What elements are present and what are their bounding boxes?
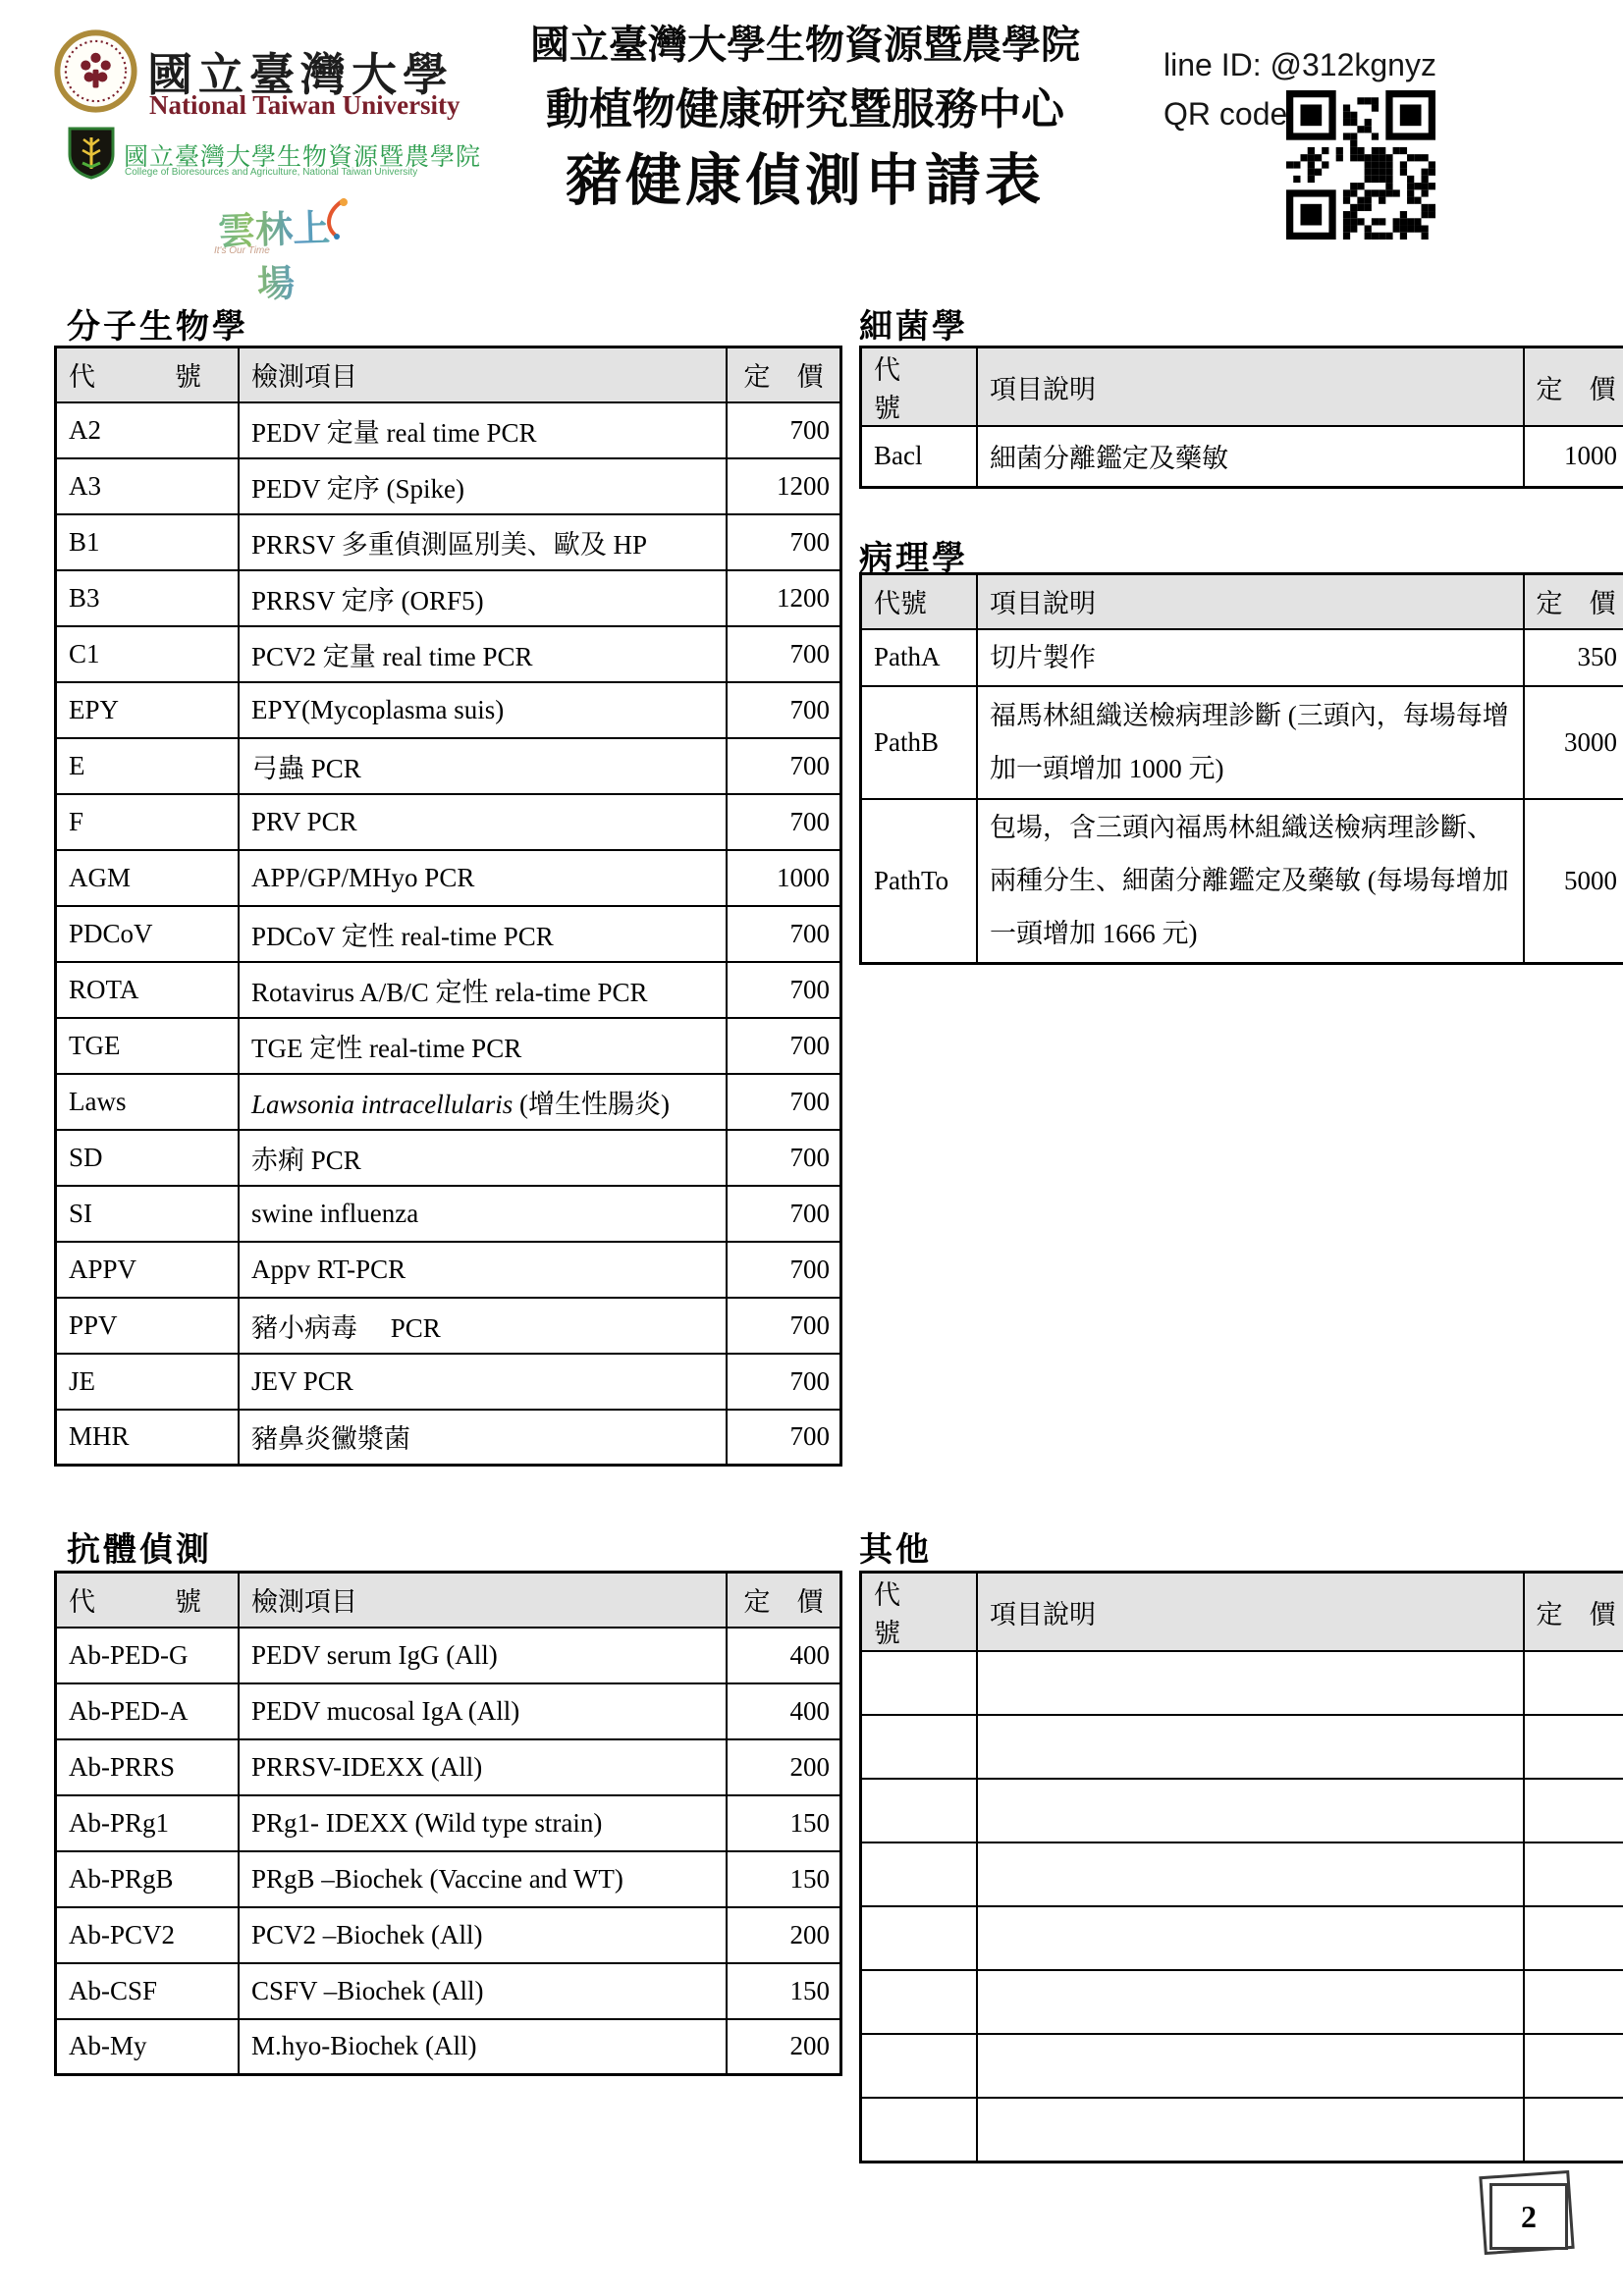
item-cell: swine influenza [239,1186,727,1242]
price-cell: 150 [727,1851,841,1907]
header-row: 代 號項目說明定 價 [861,347,1623,427]
table-row: Ab-PRg1PRg1- IDEXX (Wild type strain)150 [56,1795,841,1851]
column-header: 代 號 [861,1573,978,1652]
price-cell [1524,1906,1623,1970]
item-cell: 豬小病毒 PCR [239,1298,727,1354]
code-cell: B3 [56,570,240,626]
table-row [861,2098,1623,2162]
price-cell: 700 [727,402,841,458]
ntu-seal-icon [54,29,137,113]
table-row: B3PRRSV 定序 (ORF5)1200 [56,570,841,626]
header-row: 代 號檢測項目定 價 [56,347,841,402]
header-row: 代號項目說明定 價 [861,574,1623,629]
price-cell [1524,1779,1623,1842]
code-cell: PathB [861,686,978,799]
item-cell: Appv RT-PCR [239,1242,727,1298]
table-row [861,1970,1623,2034]
item-cell [977,1842,1524,1906]
code-cell: E [56,738,240,794]
code-cell: C1 [56,626,240,682]
section-title-bacteriology: 細菌學 [859,299,968,347]
price-cell [1524,2034,1623,2098]
table-row: ROTARotavirus A/B/C 定性 rela-time PCR700 [56,962,841,1018]
item-cell: PRRSV-IDEXX (All) [239,1739,727,1795]
college-shield-icon [67,126,116,181]
table-row: EPYEPY(Mycoplasma suis)700 [56,682,841,738]
code-cell: PathA [861,629,978,686]
code-cell: SD [56,1130,240,1186]
code-cell [861,1906,978,1970]
table-row: APPVAppv RT-PCR700 [56,1242,841,1298]
other-table: 代 號項目說明定 價 [859,1571,1623,2163]
price-cell: 150 [727,1795,841,1851]
university-name-english: National Taiwan University [149,90,460,121]
price-cell: 3000 [1524,686,1623,799]
table-row: Ab-PED-APEDV mucosal IgA (All)400 [56,1683,841,1739]
price-cell: 200 [727,1907,841,1963]
code-cell: B1 [56,514,240,570]
column-header: 代 號 [56,1573,240,1628]
item-cell: 切片製作 [977,629,1524,686]
code-cell: Ab-PED-A [56,1683,240,1739]
table-row: Ab-CSFCSFV –Biochek (All)150 [56,1963,841,2019]
table-row: JEJEV PCR700 [56,1354,841,1410]
column-header: 代 號 [861,347,978,427]
item-cell: PEDV 定序 (Spike) [239,458,727,514]
price-cell [1524,1842,1623,1906]
item-cell [977,1779,1524,1842]
price-cell: 700 [727,906,841,962]
code-cell: F [56,794,240,850]
price-cell: 350 [1524,629,1623,686]
antibody-detection-table: 代 號檢測項目定 價Ab-PED-GPEDV serum IgG (All)40… [54,1571,842,2076]
code-cell: EPY [56,682,240,738]
item-cell: PDCoV 定性 real-time PCR [239,906,727,962]
item-cell [977,1651,1524,1715]
table-row: Ab-PCV2PCV2 –Biochek (All)200 [56,1907,841,1963]
price-cell: 150 [727,1963,841,2019]
item-cell: PRV PCR [239,794,727,850]
code-cell: Ab-PRgB [56,1851,240,1907]
table-row [861,1651,1623,1715]
column-header: 檢測項目 [239,1573,727,1628]
code-cell: Bacl [861,426,978,487]
price-cell: 1000 [1524,426,1623,487]
price-cell: 700 [727,682,841,738]
price-cell: 1200 [727,570,841,626]
item-cell [977,1715,1524,1779]
code-cell: MHR [56,1410,240,1466]
line-id-text: line ID: @312kgnyz [1163,47,1436,83]
code-cell: Ab-PCV2 [56,1907,240,1963]
heading-college-line: 國立臺灣大學生物資源暨農學院 [530,26,1080,65]
form-heading-block: 國立臺灣大學生物資源暨農學院 動植物健康研究暨服務中心 豬健康偵測申請表 [530,26,1080,209]
code-cell [861,1715,978,1779]
code-cell: APPV [56,1242,240,1298]
price-cell [1524,1651,1623,1715]
column-header: 定 價 [1524,347,1623,427]
item-cell [977,2098,1524,2162]
code-cell [861,1779,978,1842]
table-row: Bacl細菌分離鑑定及藥敏1000 [861,426,1623,487]
item-cell: Rotavirus A/B/C 定性 rela-time PCR [239,962,727,1018]
table-row: Ab-MyM.hyo-Biochek (All)200 [56,2019,841,2075]
table-row [861,1842,1623,1906]
code-cell [861,1970,978,2034]
price-cell: 700 [727,1186,841,1242]
price-cell: 700 [727,1130,841,1186]
table-row: MHR豬鼻炎黴漿菌700 [56,1410,841,1466]
price-cell [1524,1970,1623,2034]
column-header: 項目說明 [977,574,1524,629]
table-row: PathA切片製作350 [861,629,1623,686]
column-header: 定 價 [1524,1573,1623,1652]
item-cell: PRg1- IDEXX (Wild type strain) [239,1795,727,1851]
code-cell: PDCoV [56,906,240,962]
price-cell: 700 [727,1354,841,1410]
page-number-box: 2 [1486,2177,1574,2256]
item-cell: PEDV serum IgG (All) [239,1628,727,1683]
price-cell: 700 [727,626,841,682]
table-row [861,2034,1623,2098]
column-header: 定 價 [1524,574,1623,629]
table-row [861,1715,1623,1779]
table-row: E弓蟲 PCR700 [56,738,841,794]
item-cell: PEDV 定量 real time PCR [239,402,727,458]
header-row: 代 號檢測項目定 價 [56,1573,841,1628]
section-title-antibody: 抗體偵測 [67,1522,212,1571]
column-header: 項目說明 [977,1573,1524,1652]
qr-code-label: QR code [1163,96,1287,133]
price-cell [1524,1715,1623,1779]
code-cell: AGM [56,850,240,906]
table-row: TGETGE 定性 real-time PCR700 [56,1018,841,1074]
price-cell: 5000 [1524,799,1623,964]
table-row: B1PRRSV 多重偵測區別美、歐及 HP700 [56,514,841,570]
item-cell: JEV PCR [239,1354,727,1410]
code-cell: TGE [56,1018,240,1074]
item-cell: 細菌分離鑑定及藥敏 [977,426,1524,487]
price-cell: 700 [727,1018,841,1074]
table-row: AGMAPP/GP/MHyo PCR1000 [56,850,841,906]
item-cell [977,1970,1524,2034]
item-cell [977,1906,1524,1970]
item-cell: TGE 定性 real-time PCR [239,1018,727,1074]
code-cell: Ab-PRRS [56,1739,240,1795]
code-cell [861,1651,978,1715]
item-cell: 豬鼻炎黴漿菌 [239,1410,727,1466]
table-row: PDCoVPDCoV 定性 real-time PCR700 [56,906,841,962]
code-cell: Laws [56,1074,240,1130]
heading-center-line: 動植物健康研究暨服務中心 [530,88,1080,132]
item-cell: 福馬林組織送檢病理診斷 (三頭內，每場每增加一頭增加 1000 元) [977,686,1524,799]
section-title-molecular: 分子生物學 [67,299,248,347]
molecular-biology-table: 代 號檢測項目定 價A2PEDV 定量 real time PCR700A3PE… [54,346,842,1467]
form-title: 豬健康偵測申請表 [530,153,1080,209]
table-row: SD赤痢 PCR700 [56,1130,841,1186]
price-cell: 700 [727,1298,841,1354]
section-title-other: 其他 [859,1522,932,1571]
table-row: FPRV PCR700 [56,794,841,850]
price-cell: 400 [727,1683,841,1739]
header-row: 代 號項目說明定 價 [861,1573,1623,1652]
price-cell: 700 [727,962,841,1018]
table-row: Ab-PED-GPEDV serum IgG (All)400 [56,1628,841,1683]
college-name-english: College of Bioresources and Agriculture,… [125,167,417,178]
qr-code-image [1286,90,1435,240]
code-cell [861,1842,978,1906]
table-row [861,1779,1623,1842]
column-header: 定 價 [727,347,841,402]
table-row: PathTo包場，含三頭內福馬林組織送檢病理診斷、兩種分生、細菌分離鑑定及藥敏 … [861,799,1623,964]
code-cell: ROTA [56,962,240,1018]
item-cell: APP/GP/MHyo PCR [239,850,727,906]
price-cell: 700 [727,794,841,850]
table-row: A3PEDV 定序 (Spike)1200 [56,458,841,514]
application-form-page: 國立臺灣大學 National Taiwan University 國立臺灣大學… [0,0,1623,2296]
table-row: SIswine influenza700 [56,1186,841,1242]
item-cell: PRRSV 定序 (ORF5) [239,570,727,626]
price-cell: 400 [727,1628,841,1683]
column-header: 項目說明 [977,347,1524,427]
code-cell: A2 [56,402,240,458]
table-row: Ab-PRRSPRRSV-IDEXX (All)200 [56,1739,841,1795]
price-cell: 700 [727,738,841,794]
price-cell: 1200 [727,458,841,514]
column-header: 代號 [861,574,978,629]
item-cell: Lawsonia intracellularis (增生性腸炎) [239,1074,727,1130]
code-cell: Ab-CSF [56,1963,240,2019]
item-cell: 弓蟲 PCR [239,738,727,794]
price-cell: 700 [727,1410,841,1466]
bacteriology-table: 代 號項目說明定 價Bacl細菌分離鑑定及藥敏1000 [859,346,1623,489]
item-cell: PRgB –Biochek (Vaccine and WT) [239,1851,727,1907]
code-cell: Ab-My [56,2019,240,2075]
code-cell [861,2098,978,2162]
code-cell: SI [56,1186,240,1242]
price-cell: 700 [727,514,841,570]
table-row: PPV豬小病毒 PCR700 [56,1298,841,1354]
code-cell: PathTo [861,799,978,964]
code-cell: Ab-PED-G [56,1628,240,1683]
column-header: 定 價 [727,1573,841,1628]
table-row: Ab-PRgBPRgB –Biochek (Vaccine and WT)150 [56,1851,841,1907]
column-header: 代 號 [56,347,240,402]
price-cell: 1000 [727,850,841,906]
price-cell: 700 [727,1074,841,1130]
item-cell: M.hyo-Biochek (All) [239,2019,727,2075]
item-cell: CSFV –Biochek (All) [239,1963,727,2019]
item-cell: 包場，含三頭內福馬林組織送檢病理診斷、兩種分生、細菌分離鑑定及藥敏 (每場每增加… [977,799,1524,964]
code-cell [861,2034,978,2098]
price-cell: 200 [727,1739,841,1795]
item-cell: PRRSV 多重偵測區別美、歐及 HP [239,514,727,570]
code-cell: JE [56,1354,240,1410]
table-row: C1PCV2 定量 real time PCR700 [56,626,841,682]
item-cell [977,2034,1524,2098]
brand-tagline: It's Our Time [214,245,270,256]
item-cell: 赤痢 PCR [239,1130,727,1186]
table-row: LawsLawsonia intracellularis (增生性腸炎)700 [56,1074,841,1130]
price-cell: 700 [727,1242,841,1298]
table-row: A2PEDV 定量 real time PCR700 [56,402,841,458]
item-cell: PCV2 –Biochek (All) [239,1907,727,1963]
pathology-table: 代號項目說明定 價PathA切片製作350PathB福馬林組織送檢病理診斷 (三… [859,572,1623,965]
page-number: 2 [1489,2183,1568,2250]
table-row: PathB福馬林組織送檢病理診斷 (三頭內，每場每增加一頭增加 1000 元)3… [861,686,1623,799]
code-cell: Ab-PRg1 [56,1795,240,1851]
code-cell: PPV [56,1298,240,1354]
column-header: 檢測項目 [239,347,727,402]
item-cell: PEDV mucosal IgA (All) [239,1683,727,1739]
code-cell: A3 [56,458,240,514]
brand-swirl-icon [314,196,353,243]
price-cell: 200 [727,2019,841,2075]
item-cell: PCV2 定量 real time PCR [239,626,727,682]
item-cell: EPY(Mycoplasma suis) [239,682,727,738]
price-cell [1524,2098,1623,2162]
table-row [861,1906,1623,1970]
